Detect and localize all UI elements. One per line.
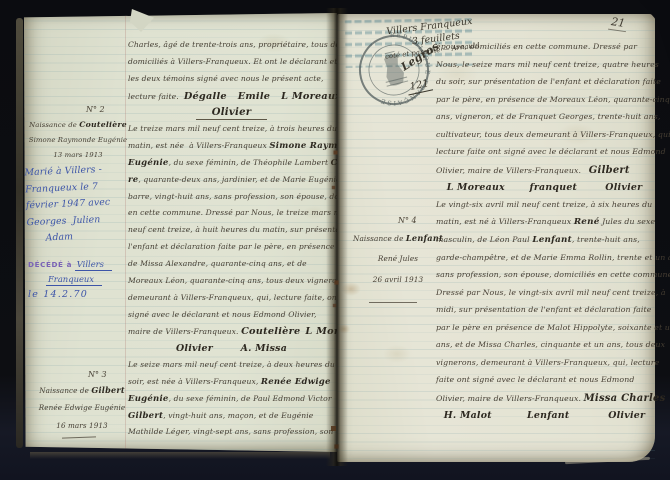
manuscript-line: barre, vingt-huit ans, sans profession, … — [128, 192, 335, 209]
deceased-row: DÉCÉDÉ à Villers — [28, 259, 138, 274]
manuscript-line: Gilbert, vingt-huit ans, maçon, et de Eu… — [128, 411, 335, 428]
manuscript-line: Le vingt-six avril mil neuf cent treize,… — [436, 200, 653, 218]
manuscript-line: garde-champêtre, et de Marie Emma Rollin… — [436, 253, 653, 271]
manuscript-line: midi, sur présentation de l'enfant et dé… — [436, 305, 653, 323]
margin-entry-act2: Naissance de CoutelièreSimone Raymonde E… — [26, 120, 130, 167]
manuscript-line: L Moreaux franquet Olivier — [436, 182, 653, 200]
manuscript-line: Le seize mars mil neuf cent treize, à de… — [128, 360, 335, 377]
manuscript-line: Eugénie, du sexe féminin, de Théophile L… — [128, 158, 335, 175]
manuscript-line: du soir, sur présentation de l'enfant et… — [436, 77, 653, 95]
margin-line: Naissance de Gilbert — [30, 385, 134, 403]
manuscript-line: Moreaux Léon, quarante-cinq ans, tous de… — [128, 276, 335, 293]
register-book-scan: N° 2 Naissance de CoutelièreSimone Raymo… — [0, 0, 670, 480]
manuscript-line: Le treize mars mil neuf cent treize, à t… — [128, 124, 335, 141]
manuscript-line: en cette commune. Dressé par Nous, le tr… — [128, 208, 335, 225]
manuscript-body-left: Charles, âgé de trente-trois ans, propri… — [128, 40, 335, 444]
manuscript-line: neuf cent treize, à huit heures du matin… — [128, 225, 335, 242]
margin-line: Naissance de Coutelière — [26, 120, 130, 136]
manuscript-line: Charles, âgé de trente-trois ans, propri… — [128, 40, 335, 57]
register-page-left: N° 2 Naissance de CoutelièreSimone Raymo… — [24, 13, 337, 452]
act-number-4: N° 4 — [398, 216, 417, 225]
manuscript-line: domiciliés à Villers-Franqueux. Et ont l… — [128, 57, 335, 74]
manuscript-line: sans profession, son épouse, domiciliés … — [436, 270, 653, 288]
manuscript-line: ans, vigneron, et de Franquet Georges, t… — [436, 112, 653, 130]
manuscript-line: H. Malot Lenfant Olivier — [436, 410, 653, 428]
manuscript-line: l'enfant et déclaration faite par le pèr… — [128, 242, 335, 259]
page-stack-edge-left — [16, 18, 23, 448]
manuscript-line: cultivateur, tous deux demeurant à Ville… — [436, 130, 653, 148]
margin-entry-act3: Naissance de GilbertRenée Edwige Eugénie… — [30, 385, 134, 439]
manuscript-line: Nous, le seize mars mil neuf cent treize… — [436, 60, 653, 78]
manuscript-line: signé avec le déclarant et nous Edmond O… — [128, 310, 335, 327]
deceased-annotation: DÉCÉDÉ à Villers Franqueux le 14.2.70 — [28, 259, 138, 304]
manuscript-line: lecture faite. Dégalle Emile L Moreaux — [128, 91, 335, 108]
manuscript-line: maire de Villers-Franqueux. Coutelière L… — [128, 326, 335, 343]
marriage-annotation: Marié à Villers -Franqueux le 7février 1… — [24, 163, 133, 250]
manuscript-line: matin, est né à Villers-Franqueux René J… — [436, 217, 653, 235]
deceased-date: le 14.2.70 — [28, 289, 138, 304]
act-number-2: N° 2 — [86, 105, 105, 114]
manuscript-line: re, quarante-deux ans, jardinier, et de … — [128, 175, 335, 192]
manuscript-line: Olivier, maire de Villers-Franqueux. Mis… — [436, 393, 653, 411]
register-page-right: RÉPUBLIQUE FRANÇAISE Villers Franqueux3 … — [337, 14, 655, 462]
deceased-place: Franqueux — [46, 274, 102, 286]
folio-number: 21 — [608, 15, 628, 32]
manuscript-line: lecture faite ont signé avec le déclaran… — [436, 147, 653, 165]
manuscript-line: vignerons, demeurant à Villers-Franqueux… — [436, 358, 653, 376]
deceased-stamp: DÉCÉDÉ à — [28, 260, 72, 269]
margin-line: Renée Edwige Eugénie — [30, 403, 134, 421]
manuscript-line: les deux témoins signé avec nous le prés… — [128, 74, 335, 91]
deceased-row: Franqueux — [28, 274, 138, 289]
book-gutter — [326, 8, 348, 466]
manuscript-line: ans, et de Missa Charles, cinquante et u… — [436, 340, 653, 358]
manuscript-line: épouse, domiciliés en cette commune. Dre… — [436, 42, 653, 60]
manuscript-line: Mathilde Léger, vingt-sept ans, sans pro… — [128, 427, 335, 444]
manuscript-line: Olivier A. Missa — [128, 343, 335, 360]
manuscript-line: demeurant à Villers-Franqueux, qui, lect… — [128, 293, 335, 310]
separator-dash — [369, 302, 417, 303]
marriage-note-line: Adam — [27, 229, 134, 250]
deceased-place: Villers — [75, 259, 112, 271]
manuscript-line: par le père en présence de Malot Hippoly… — [436, 323, 653, 341]
act-number-3: N° 3 — [88, 370, 107, 379]
manuscript-line: masculin, de Léon Paul Lenfant, trente-h… — [436, 235, 653, 253]
margin-line: Simone Raymonde Eugénie — [26, 136, 130, 152]
manuscript-line: matin, est née à Villers-Franqueux Simon… — [128, 141, 335, 158]
manuscript-body-right: épouse, domiciliés en cette commune. Dre… — [436, 42, 653, 428]
manuscript-line: Olivier — [128, 107, 335, 124]
manuscript-line: de Missa Alexandre, quarante-cinq ans, e… — [128, 259, 335, 276]
manuscript-line: Dressé par Nous, le vingt-six avril mil … — [436, 288, 653, 306]
manuscript-line: soir, est née à Villers-Franqueux, Renée… — [128, 377, 335, 394]
manuscript-line: faite ont signé avec le déclarant et nou… — [436, 375, 653, 393]
manuscript-line: Olivier, maire de Villers-Franqueux. Gil… — [436, 165, 653, 183]
manuscript-line: par le père, en présence de Moreaux Léon… — [436, 95, 653, 113]
binding-stitches — [0, 0, 1, 1]
manuscript-line: Eugénie, du sexe féminin, de Paul Edmond… — [128, 394, 335, 411]
page-stack-edge-bottom — [30, 452, 330, 459]
